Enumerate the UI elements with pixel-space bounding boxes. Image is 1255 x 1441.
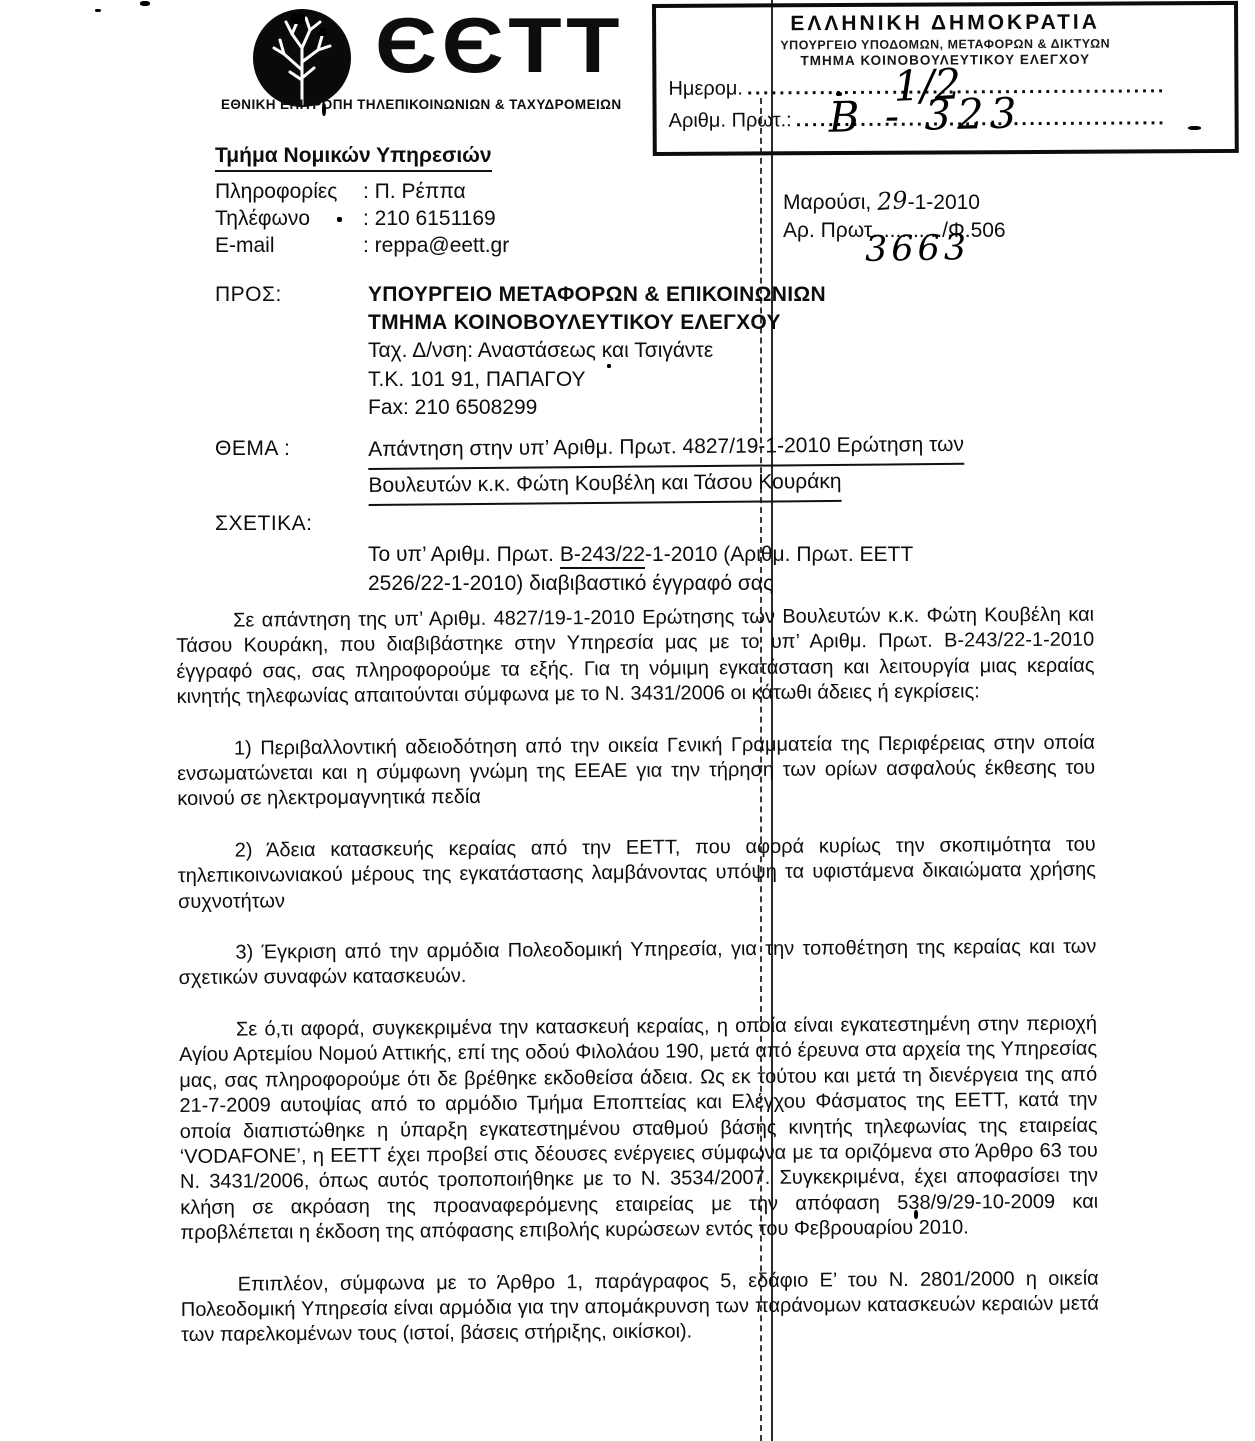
city-date-line: Μαρούσι, 29-1-2010 (783, 187, 1006, 217)
sender-row-contact: Πληροφορίες : Π. Ρέππα (215, 178, 509, 205)
scan-speck (318, 28, 327, 36)
body-paragraph: Σε ό,τι αφορά, συγκεκριμένα την κατασκευ… (179, 1011, 1099, 1246)
sender-row-phone: Τηλέφωνο : 210 6151169 (215, 205, 509, 232)
reference-pre: Το υπ’ Αριθμ. Πρωτ. (368, 543, 560, 566)
reference-text: Το υπ’ Αριθμ. Πρωτ. Β-243/22-1-2010 (Αρι… (368, 541, 913, 598)
sender-value: : 210 6151169 (363, 205, 496, 232)
reference-label: ΣΧΕΤΙΚΑ: (215, 512, 313, 536)
scan-speck (607, 364, 611, 368)
document-page: ЄЄΤΤ ΕΘΝΙΚΗ ΕΠΙΤΡΟΠΗ ΤΗΛΕΠΙΚΟΙΝΩΝΙΩΝ & Τ… (0, 0, 1255, 1441)
sender-label: E-mail (215, 232, 363, 259)
sender-contact-rows: Πληροφορίες : Π. Ρέππα Τηλέφωνο : 210 61… (215, 178, 509, 259)
reference-line: 2526/22-1-2010) διαβιβαστικό έγγραφό σας (368, 570, 913, 599)
body-paragraph: 1) Περιβαλλοντική αδειοδότηση από την οι… (177, 730, 1096, 813)
eett-subtitle: ΕΘΝΙΚΗ ΕΠΙΤΡΟΠΗ ΤΗΛΕΠΙΚΟΙΝΩΝΙΩΝ & ΤΑΧΥΔΡ… (221, 97, 622, 112)
stamp-protocol-handwritten: Β - 323 (828, 88, 1023, 141)
to-label: ΠΡΟΣ: (215, 283, 282, 307)
recipient-address: ΥΠΟΥΡΓΕΙΟ ΜΕΤΑΦΟΡΩΝ & ΕΠΙΚΟΙΝΩΝΙΩΝ ΤΜΗΜΑ… (368, 281, 826, 422)
subject-line: Απάντηση στην υπ’ Αριθμ. Πρωτ. 4827/19-1… (368, 429, 964, 470)
body-paragraph: 3) Έγκριση από την αρμόδια Πολεοδομική Υ… (178, 935, 1096, 992)
reference-line: Το υπ’ Αριθμ. Πρωτ. Β-243/22-1-2010 (Αρι… (368, 541, 913, 570)
scan-speck (914, 1210, 918, 1219)
body-paragraph: Επιπλέον, σύμφωνα με το Άρθρο 1, παράγρα… (181, 1266, 1100, 1349)
stamp-date-label: Ημερομ. (668, 78, 747, 101)
subject-label: ΘΕΜΑ : (215, 437, 290, 461)
day-handwritten: 29 (876, 186, 908, 216)
recipient-line: ΥΠΟΥΡΓΕΙΟ ΜΕΤΑΦΟΡΩΝ & ΕΠΙΚΟΙΝΩΝΙΩΝ (368, 281, 826, 309)
reference-underlined: Β-243/22 (560, 543, 645, 569)
sender-label: Πληροφορίες (215, 178, 363, 205)
reference-post: -1-2010 (Αριθμ. Πρωτ. ΕΕΤΤ (645, 543, 913, 566)
body-paragraph: 2) Άδεια κατασκευής κεραίας από την ΕΕΤΤ… (178, 832, 1097, 915)
scan-speck (322, 103, 326, 116)
registry-stamp: ΕΛΛΗΝΙΚΗ ΔΗΜΟΚΡΑΤΙΑ ΥΠΟΥΡΓΕΙΟ ΥΠΟΔΟΜΩΝ, … (652, 1, 1239, 156)
recipient-line: Ταχ. Δ/νση: Αναστάσεως και Τσιγάντε (368, 337, 826, 365)
scan-speck (836, 92, 842, 96)
eett-acronym: ЄЄΤΤ (375, 6, 624, 84)
stamp-title: ΕΛΛΗΝΙΚΗ ΔΗΜΟΚΡΑΤΙΑ (668, 10, 1222, 37)
stamp-protocol-label: Αριθμ. Πρωτ.: (669, 109, 796, 133)
scan-speck (337, 217, 342, 222)
date-rest: -1-2010 (908, 191, 980, 214)
recipient-line: ΤΜΗΜΑ ΚΟΙΝΟΒΟΥΛΕΥΤΙΚΟΥ ΕΛΕΓΧΟΥ (368, 309, 826, 337)
sender-value: : reppa@eett.gr (363, 232, 509, 259)
subject-line: Βουλευτών κ.κ. Φώτη Κουβέλη και Τάσου Κο… (368, 466, 841, 506)
body-paragraph: Σε απάντηση της υπ’ Αριθμ. 4827/19-1-201… (176, 603, 1095, 711)
stamp-protocol-row: Αριθμ. Πρωτ.: ..........................… (669, 107, 1223, 133)
sender-department: Τμήμα Νομικών Υπηρεσιών (215, 144, 492, 172)
date-block: Μαρούσι, 29-1-2010 Αρ. Πρωτ. ........../… (783, 187, 1006, 245)
city-label: Μαρούσι, (783, 191, 877, 214)
scan-speck (95, 9, 101, 12)
recipient-line: Fax: 210 6508299 (368, 394, 826, 422)
protocol-number-handwritten: 3663 (865, 234, 971, 264)
scan-speck (140, 1, 150, 6)
recipient-line: Τ.Κ. 101 91, ΠΑΠΑΓΟΥ (368, 366, 826, 394)
stamp-ministry: ΥΠΟΥΡΓΕΙΟ ΥΠΟΔΟΜΩΝ, ΜΕΤΑΦΟΡΩΝ & ΔΙΚΤΥΩΝ (668, 36, 1222, 53)
scan-speck (1188, 126, 1201, 130)
subject-text: Απάντηση στην υπ’ Αριθμ. Πρωτ. 4827/19-1… (368, 429, 964, 506)
letter-body: Σε απάντηση της υπ’ Αριθμ. 4827/19-1-201… (176, 603, 1099, 1349)
sender-value: : Π. Ρέππα (363, 178, 466, 205)
sender-row-email: E-mail : reppa@eett.gr (215, 232, 509, 259)
scan-speck (290, 13, 305, 24)
